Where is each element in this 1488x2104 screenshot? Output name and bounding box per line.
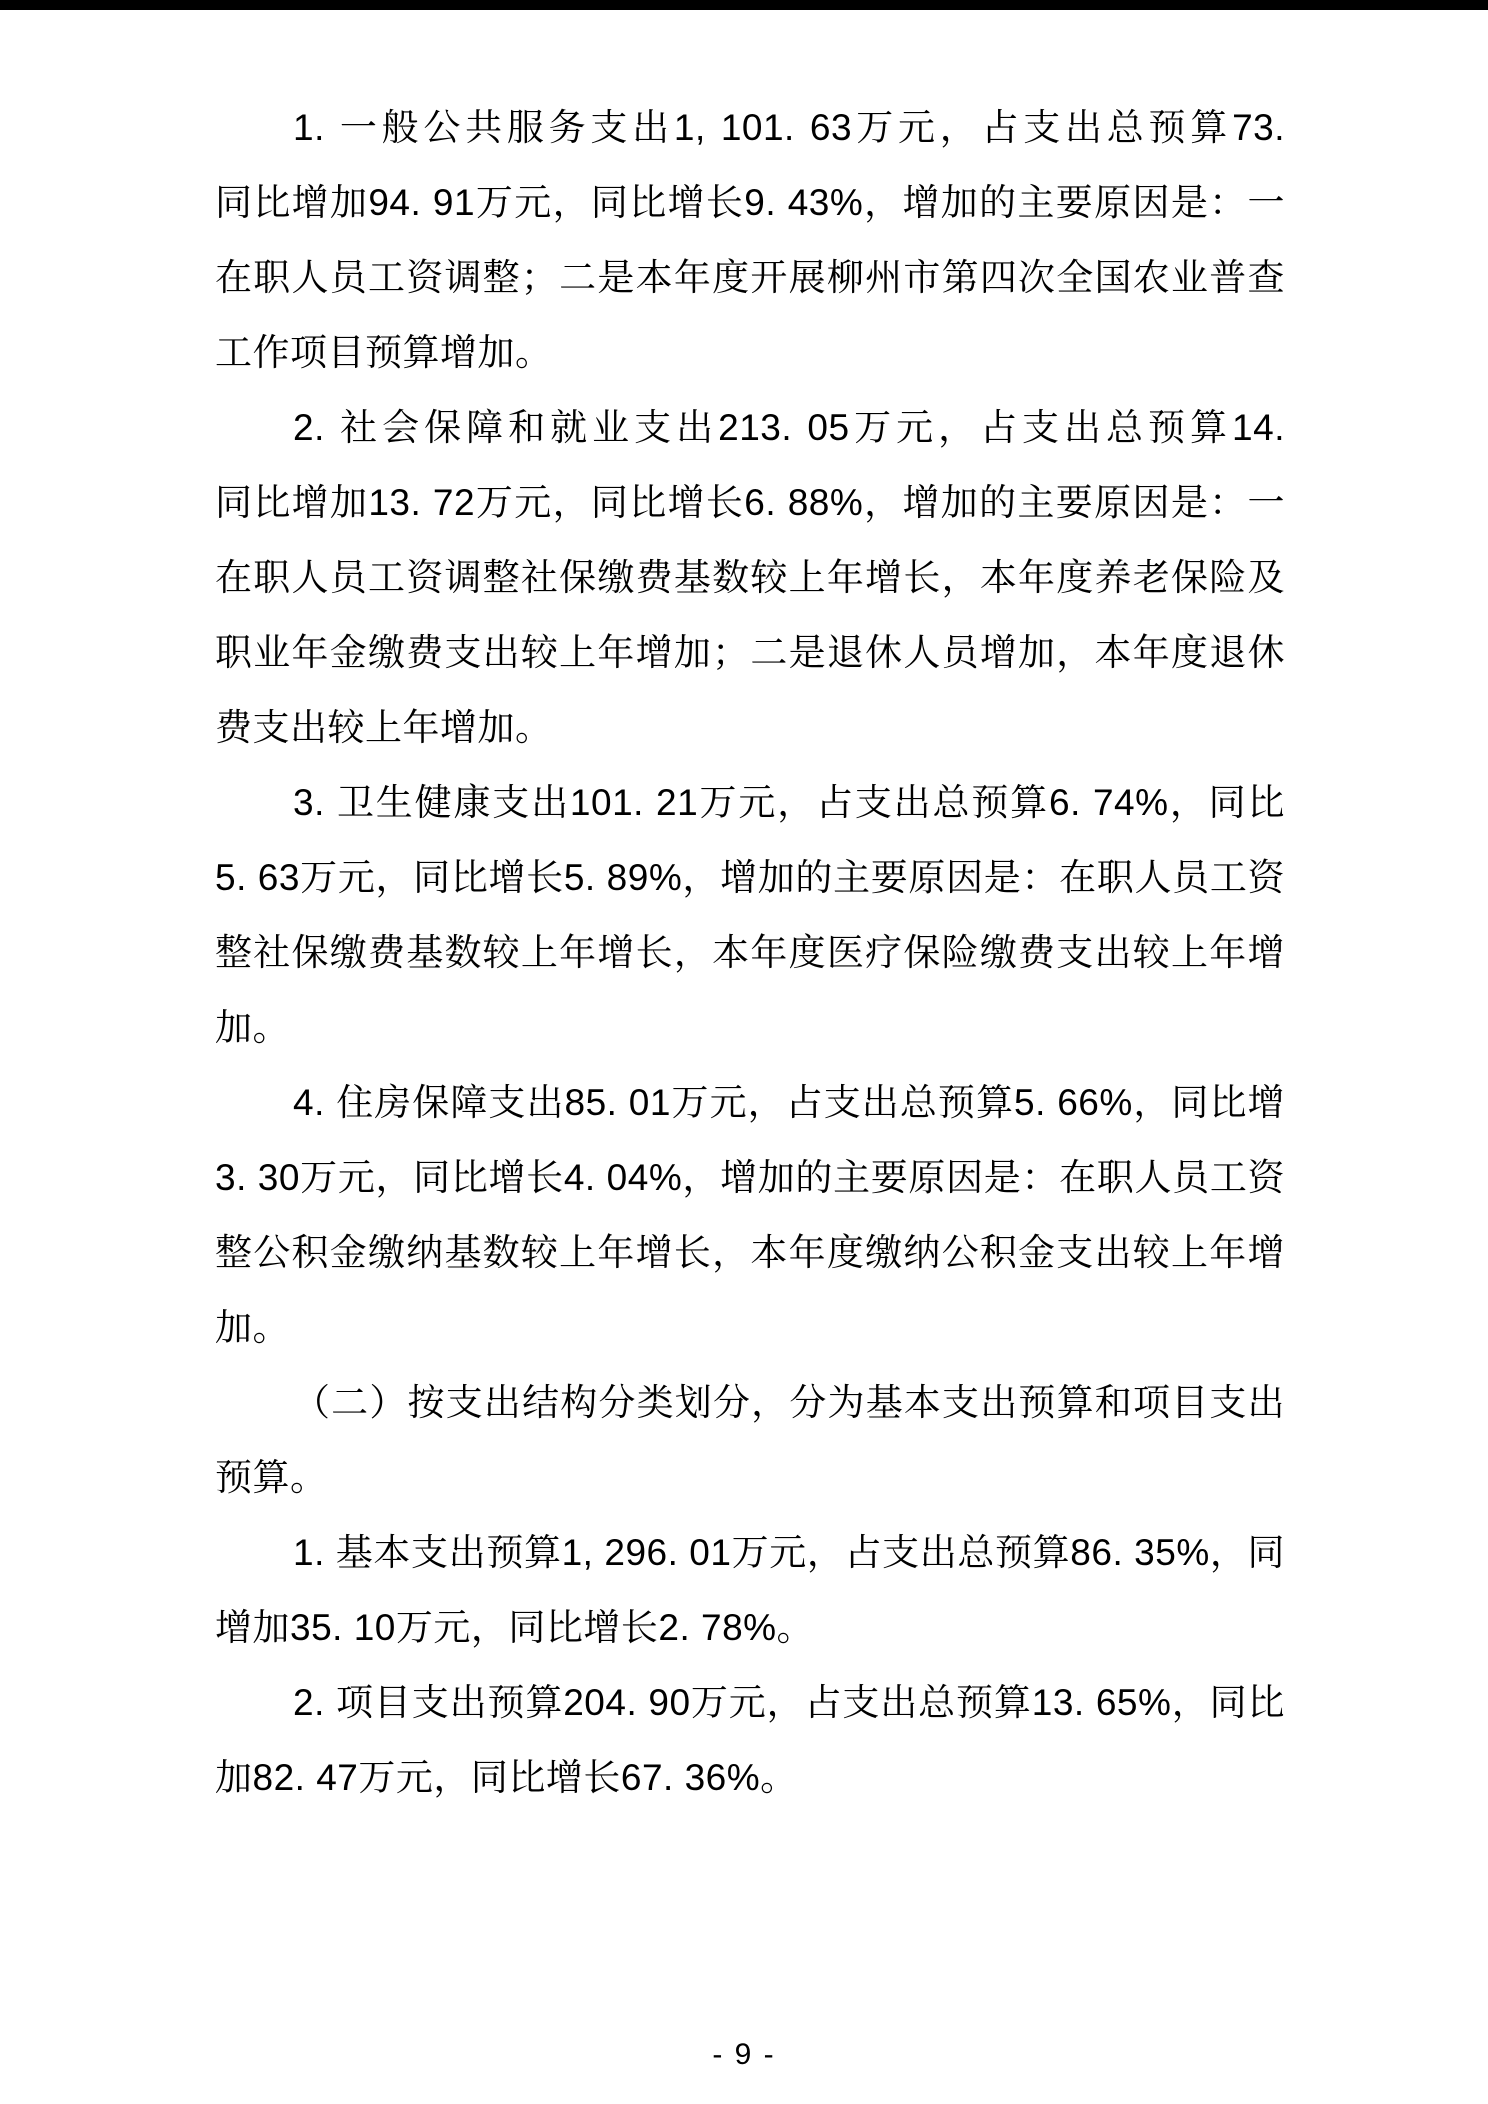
text-line: 同比增加94. 91万元，同比增长9. 43%，增加的主要原因是：一是 [215,165,1285,240]
page-footer: - 9 - [0,2038,1488,2072]
text-line: 费支出较上年增加。 [215,690,1285,765]
text-line: 3. 30万元，同比增长4. 04%，增加的主要原因是：在职人员工资调 [215,1140,1285,1215]
text-line: 加。 [215,1290,1285,1365]
text-line: 整公积金缴纳基数较上年增长，本年度缴纳公积金支出较上年增 [215,1215,1285,1290]
text-line: 工作项目预算增加。 [215,315,1285,390]
text-line: 1. 基本支出预算1, 296. 01万元，占支出总预算86. 35%，同比 [215,1515,1285,1590]
text-line: 1. 一般公共服务支出1, 101. 63万元，占支出总预算73. 40%， [215,90,1285,165]
page-number: - 9 - [712,2038,775,2071]
text-line: 加。 [215,990,1285,1065]
text-line: （二）按支出结构分类划分，分为基本支出预算和项目支出 [215,1365,1285,1440]
text-line: 加82. 47万元，同比增长67. 36%。 [215,1740,1285,1815]
text-line: 整社保缴费基数较上年增长，本年度医疗保险缴费支出较上年增 [215,915,1285,990]
text-line: 预算。 [215,1440,1285,1515]
text-line: 在职人员工资调整；二是本年度开展柳州市第四次全国农业普查 [215,240,1285,315]
text-line: 增加35. 10万元，同比增长2. 78%。 [215,1590,1285,1665]
text-line: 2. 项目支出预算204. 90万元，占支出总预算13. 65%，同比增 [215,1665,1285,1740]
text-line: 4. 住房保障支出85. 01万元，占支出总预算5. 66%，同比增加 [215,1065,1285,1140]
text-line: 3. 卫生健康支出101. 21万元，占支出总预算6. 74%，同比增加 [215,765,1285,840]
text-line: 同比增加13. 72万元，同比增长6. 88%，增加的主要原因是：一是 [215,465,1285,540]
document-body: 1. 一般公共服务支出1, 101. 63万元，占支出总预算73. 40%，同比… [215,90,1285,1815]
text-line: 在职人员工资调整社保缴费基数较上年增长，本年度养老保险及 [215,540,1285,615]
document-page: 1. 一般公共服务支出1, 101. 63万元，占支出总预算73. 40%，同比… [0,0,1488,2104]
scan-edge-bar [0,0,1488,10]
text-line: 5. 63万元，同比增长5. 89%，增加的主要原因是：在职人员工资调 [215,840,1285,915]
text-line: 职业年金缴费支出较上年增加；二是退休人员增加，本年度退休 [215,615,1285,690]
text-line: 2. 社会保障和就业支出213. 05万元，占支出总预算14. 19%， [215,390,1285,465]
